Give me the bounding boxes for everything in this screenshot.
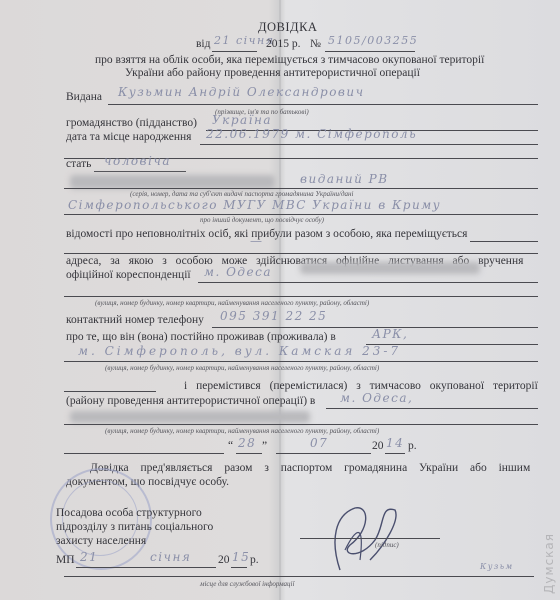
birth-label: дата та місце народження <box>66 131 191 143</box>
moved-date-year-line <box>385 453 405 454</box>
document-title: ДОВІДКА <box>258 20 317 35</box>
residence-line2 <box>64 361 538 362</box>
minors-label: відомості про неповнолітніх осіб, які пр… <box>66 228 467 240</box>
sign-suffix: р. <box>250 554 259 566</box>
address-hint: (вулиця, номер будинку, номер квартири, … <box>95 299 369 307</box>
sign-year-line <box>231 567 247 568</box>
official-line2: підрозділу з питань соціального <box>56 521 213 533</box>
passport-line1 <box>64 188 538 189</box>
minors-line <box>470 241 538 242</box>
address-line <box>198 282 538 283</box>
official-line3: захисту населення <box>56 535 146 547</box>
moved-date-close-quote: ” <box>262 440 267 452</box>
sign-date-line <box>76 567 216 568</box>
residence-value2: м. Сімферополь, вул. Камская 23-7 <box>78 344 401 358</box>
address-line2 <box>64 296 538 297</box>
issued-line <box>108 104 538 105</box>
phone-value: 095 391 22 25 <box>220 309 327 323</box>
moved-date-day-line <box>236 453 262 454</box>
passport-value-line2: Сімферопольського МУГУ МВС України в Кри… <box>68 198 441 212</box>
moved-date-month-line <box>276 453 371 454</box>
birth-line <box>200 144 538 145</box>
signature-hint: (підпис) <box>375 541 399 549</box>
phone-label: контактний номер телефону <box>66 314 204 326</box>
official-line1: Посадова особа структурного <box>56 507 202 519</box>
residence-value1: АРК, <box>372 327 408 341</box>
residence-hint: (вулиця, номер будинку, номер квартири, … <box>105 364 379 372</box>
address-value: м. Одеса <box>204 265 272 279</box>
birth-value: 22.06.1979 м. Сімферополь <box>206 127 417 141</box>
citizenship-label: громадянство (підданство) <box>66 117 197 129</box>
moved-value: м. Одеса, <box>340 391 413 405</box>
service-handwritten: Кузьм <box>480 562 514 571</box>
moved-prefix-line <box>64 391 156 392</box>
date-from-label: від <box>196 38 210 50</box>
moved-hint: (вулиця, номер будинку, номер квартири, … <box>105 427 379 435</box>
sign-year: 15 <box>232 550 250 564</box>
moved-label-line2: (району проведення антитерористичної опе… <box>66 395 315 407</box>
address-label-line2: офіційної кореспонденції <box>66 269 191 281</box>
sex-line <box>94 171 186 172</box>
sign-year-prefix: 20 <box>218 554 230 566</box>
signature-line <box>300 538 440 539</box>
subtitle-line2: України або району проведення антитерори… <box>125 67 420 79</box>
issued-value: Кузьмин Андрій Олександрович <box>118 85 365 99</box>
sex-value: чоловіча <box>104 154 171 168</box>
issued-label: Видана <box>66 91 102 103</box>
residence-label: про те, що він (вона) постійно проживав … <box>66 331 336 343</box>
number-handwritten: 5105/003255 <box>328 34 418 47</box>
date-line <box>212 51 257 52</box>
year-printed: 2015 р. <box>266 38 301 50</box>
sign-month: січня <box>150 550 191 564</box>
moved-line <box>326 408 538 409</box>
passport-line2 <box>64 214 538 215</box>
moved-date-suffix: р. <box>408 440 417 452</box>
moved-date-prefix-line <box>64 453 224 454</box>
moved-line2 <box>64 424 538 425</box>
note-line1: Довідка пред'являється разом з паспортом… <box>90 462 530 474</box>
number-label: № <box>310 38 321 50</box>
redacted-moved-address <box>70 411 310 423</box>
service-info-line <box>64 576 534 577</box>
watermark: Думская <box>542 533 556 594</box>
moved-date-open-quote: “ <box>228 440 233 452</box>
subtitle-line1: про взяття на облік особи, яка переміщує… <box>95 54 484 66</box>
sign-day: 21 <box>80 550 98 564</box>
moved-date-year: 14 <box>386 436 404 450</box>
number-line <box>325 51 415 52</box>
passport-value-line1: виданий РВ <box>300 172 389 186</box>
moved-date-day: 28 <box>238 436 256 450</box>
sex-label: стать <box>66 158 91 170</box>
minors-value: — <box>250 234 264 248</box>
seal-label: МП <box>56 554 75 566</box>
service-info-hint: місце для службової інформації <box>200 580 294 588</box>
redacted-passport-number <box>70 175 275 189</box>
minors-line2 <box>64 253 538 254</box>
passport-hint1: (серія, номер, дата та суб'єкт видачі па… <box>130 190 353 198</box>
passport-hint2: про інший документ, що посвідчує особу) <box>200 216 324 224</box>
moved-date-month: 07 <box>310 436 328 450</box>
citizenship-value: Україна <box>212 113 272 127</box>
redacted-address <box>300 262 480 274</box>
moved-date-year-prefix: 20 <box>372 440 384 452</box>
